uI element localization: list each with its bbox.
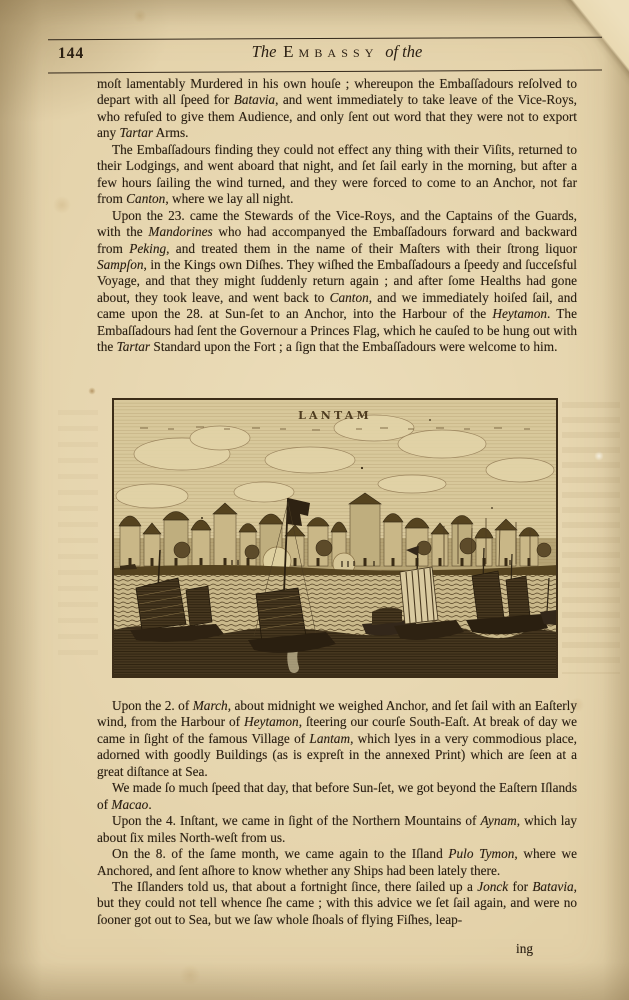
proper-noun-italic: Batavia [532, 879, 573, 894]
paragraph: The Embaſſadours finding they could not … [97, 142, 577, 208]
text-run: , and treated them in the name of their … [166, 241, 577, 256]
running-title-lead: The [252, 42, 277, 61]
text-run: Standard upon the Fort ; a ſign that the… [150, 339, 557, 354]
paragraph: Upon the 23. came the Stewards of the Vi… [97, 208, 577, 356]
text-run: for [508, 879, 532, 894]
paragraph: The Iſlanders told us, that about a fort… [97, 879, 577, 928]
engraving-caption: LANTAM [298, 409, 372, 422]
proper-noun-italic: Macao [111, 797, 148, 812]
page-number: 144 [58, 45, 84, 63]
proper-noun-italic: March [193, 698, 228, 713]
proper-noun-italic: Heytamon [492, 306, 547, 321]
proper-noun-italic: Mandorines [148, 224, 212, 239]
engraving-lantam: LANTAM [112, 398, 558, 678]
proper-noun-italic: Aynam [481, 813, 517, 828]
proper-noun-italic: Lantam [309, 731, 350, 746]
proper-noun-italic: Tartar [117, 339, 151, 354]
text-run: The Iſlanders told us, that about a fort… [112, 879, 477, 894]
paragraph: Upon the 4. Inſtant, we came in ſight of… [97, 813, 577, 846]
text-run: Arms. [153, 125, 188, 140]
paragraph: We made ſo much ſpeed that day, that bef… [97, 780, 577, 813]
proper-noun-italic: Heytamon [244, 714, 299, 729]
catchword: ing [97, 941, 533, 957]
proper-noun-italic: Peking [129, 241, 166, 256]
running-title-tail: of the [385, 42, 422, 61]
paragraph: moſt lamentably Murdered in his own houſ… [97, 76, 577, 142]
proper-noun-italic: Canton [126, 191, 165, 206]
paragraph: On the 8. of the ſame month, we came aga… [97, 846, 577, 879]
paragraph: Upon the 2. of March, about midnight we … [97, 698, 577, 780]
text-run: . [148, 797, 151, 812]
proper-noun-italic: Sampſon [97, 257, 144, 272]
text-run: Upon the 4. Inſtant, we came in ſight of… [112, 813, 481, 828]
header-rule-top [48, 37, 602, 40]
verso-bleed-through-right [562, 402, 620, 674]
text-run: We made ſo much ſpeed that day, that bef… [97, 780, 577, 811]
text-run: , where we lay all night. [165, 191, 293, 206]
running-title-emphasis: Embassy [281, 42, 382, 61]
proper-noun-italic: Pulo Tymon [448, 846, 514, 861]
proper-noun-italic: Jonck [477, 879, 508, 894]
running-title: The Embassy of the [97, 42, 577, 62]
header-rule-bottom [48, 70, 602, 74]
text-run: On the 8. of the ſame month, we came aga… [112, 846, 448, 861]
proper-noun-italic: Canton [330, 290, 369, 305]
proper-noun-italic: Tartar [120, 125, 154, 140]
verso-bleed-through-left [58, 410, 98, 660]
text-block-upper: moſt lamentably Murdered in his own houſ… [97, 76, 577, 356]
book-page: 144 The Embassy of the moſt lamentably M… [0, 0, 629, 1000]
proper-noun-italic: Batavia [234, 92, 275, 107]
text-block-lower: Upon the 2. of March, about midnight we … [97, 698, 577, 928]
text-run: Upon the 2. of [112, 698, 193, 713]
